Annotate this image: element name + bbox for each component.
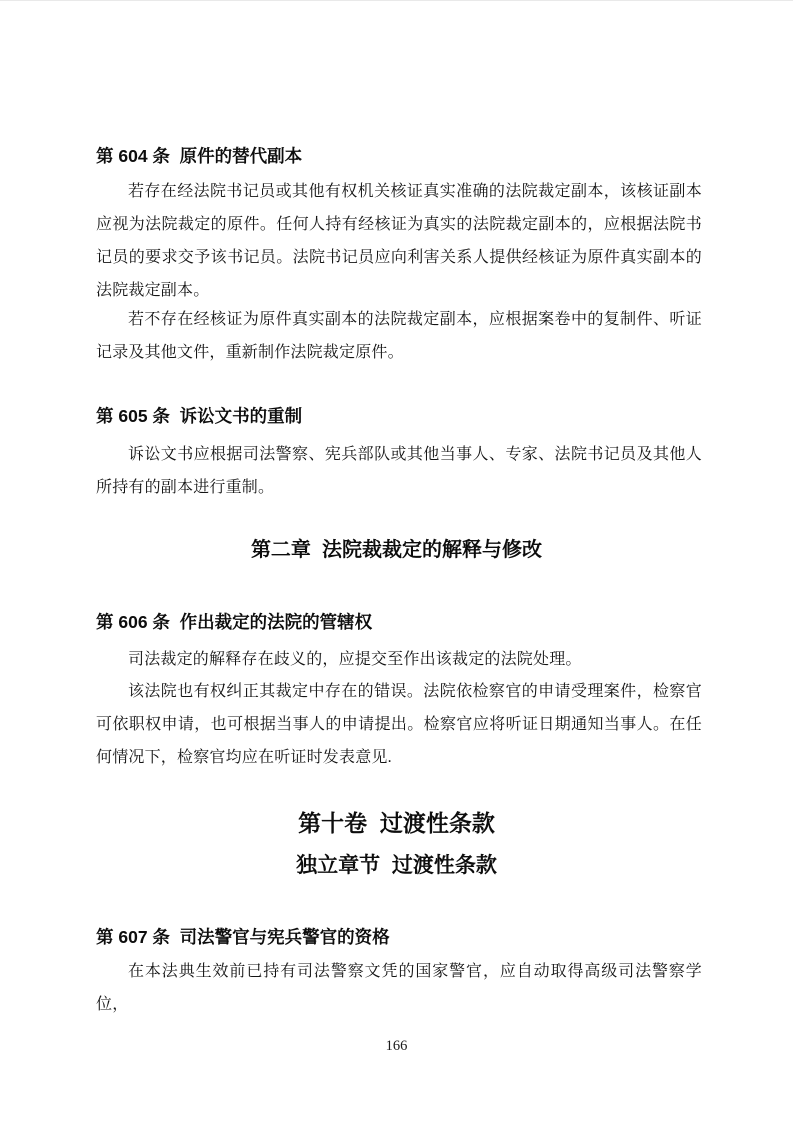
document-page: 第 604 条 原件的替代副本 若存在经法院书记员或其他有权机关核证真实准确的法… — [0, 1, 793, 1122]
article-606-paragraph-1: 司法裁定的解释存在歧义的，应提交至作出该裁定的法院处理。 — [96, 643, 702, 676]
article-607-heading: 第 607 条 司法警官与宪兵警官的资格 — [96, 926, 702, 949]
article-604-paragraph-1: 若存在经法院书记员或其他有权机关核证真实准确的法院裁定副本，该核证副本应视为法院… — [96, 175, 702, 307]
volume-10-heading: 第十卷 过渡性条款 — [0, 808, 793, 838]
chapter-2-heading: 第二章 法院裁裁定的解释与修改 — [0, 537, 793, 564]
page-number: 166 — [0, 1036, 793, 1056]
article-606-heading: 第 606 条 作出裁定的法院的管辖权 — [96, 611, 702, 634]
article-605-paragraph-1: 诉讼文书应根据司法警察、宪兵部队或其他当事人、专家、法院书记员及其他人所持有的副… — [96, 438, 702, 504]
article-607-paragraph-1: 在本法典生效前已持有司法警察文凭的国家警官，应自动取得高级司法警察学位， — [96, 955, 702, 1021]
standalone-section-heading: 独立章节 过渡性条款 — [0, 852, 793, 880]
article-604-heading: 第 604 条 原件的替代副本 — [96, 145, 702, 168]
article-606-paragraph-2: 该法院也有权纠正其裁定中存在的错误。法院依检察官的申请受理案件，检察官可依职权申… — [96, 675, 702, 774]
article-604-paragraph-2: 若不存在经核证为原件真实副本的法院裁定副本，应根据案卷中的复制件、听证记录及其他… — [96, 303, 702, 369]
article-605-heading: 第 605 条 诉讼文书的重制 — [96, 405, 702, 428]
